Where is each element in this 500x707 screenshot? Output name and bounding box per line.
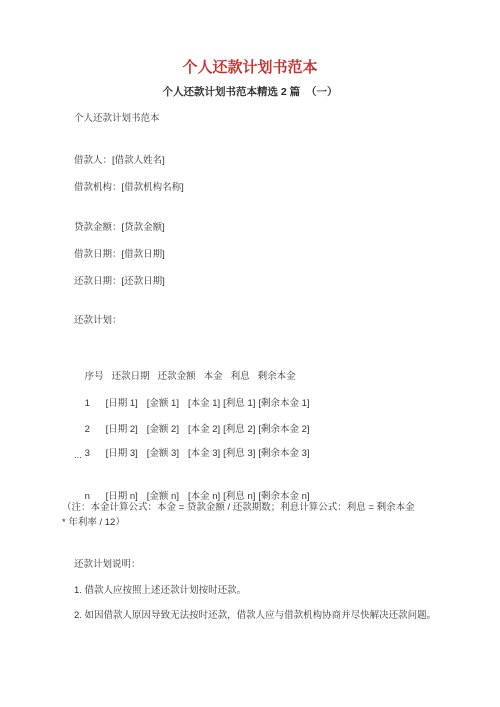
table-cell-amount: [金额 3] [147, 448, 179, 459]
formula-note-line: （注：本金计算公式：本金 = 贷款金额 / 还款期数；利息计算公式：利息 = 剩… [62, 501, 415, 514]
table-cell-interest: [利息 1] [223, 398, 255, 409]
table-ellipsis: ... [74, 449, 82, 462]
table-header-cell-date: 还款日期 [112, 371, 150, 382]
table-cell-principal: [本金 3] [188, 448, 220, 459]
note-item: 2. 如因借款人原因导致无法按时还款，借款人应与借款机构协商并尽快解决还款问题。 [74, 609, 436, 622]
table-header-cell-remaining: 剩余本金 [258, 371, 296, 382]
field-loan-amount: 贷款金额：[贷款金额] [74, 221, 165, 234]
table-header-cell-amount: 还款金额 [158, 371, 196, 382]
table-cell-interest: [利息 3] [223, 448, 255, 459]
field-institution: 借款机构：[借款机构名称] [74, 181, 184, 194]
doc-heading: 个人还款计划书范本 [74, 112, 160, 125]
table-header-cell-principal: 本金 [204, 371, 223, 382]
table-cell-principal: [本金 1] [188, 398, 220, 409]
field-borrower: 借款人：[借款人姓名] [74, 154, 165, 167]
note-item: 1. 借款人应按照上述还款计划按时还款。 [74, 584, 246, 597]
doc-title: 个人还款计划书范本 [0, 58, 500, 78]
table-header-cell-seq: 序号 [85, 371, 104, 382]
table-cell-seq: 1 [85, 397, 106, 410]
table-row: 3[日期 3][金额 3][本金 3][利息 3][剩余本金 3] [74, 434, 310, 473]
document-page: 个人还款计划书范本 个人还款计划书范本精选 2 篇 （一） 个人还款计划书范本 … [0, 0, 500, 707]
table-cell-amount: [金额 1] [147, 398, 179, 409]
doc-subtitle: 个人还款计划书范本精选 2 篇 （一） [0, 85, 500, 99]
plan-heading: 还款计划： [74, 314, 122, 327]
formula-note-line: * 年利率 / 12） [62, 516, 125, 529]
field-repayment-date: 还款日期：[还款日期] [74, 275, 165, 288]
table-header-cell-interest: 利息 [231, 371, 250, 382]
table-cell-seq: 3 [85, 447, 106, 460]
table-cell-remaining: [剩余本金 3] [258, 448, 309, 459]
table-cell-date: [日期 1] [106, 398, 138, 409]
field-loan-date: 借款日期：[借款日期] [74, 248, 165, 261]
table-cell-date: [日期 3] [106, 448, 138, 459]
notes-heading: 还款计划说明： [74, 558, 141, 571]
table-cell-remaining: [剩余本金 1] [258, 398, 309, 409]
